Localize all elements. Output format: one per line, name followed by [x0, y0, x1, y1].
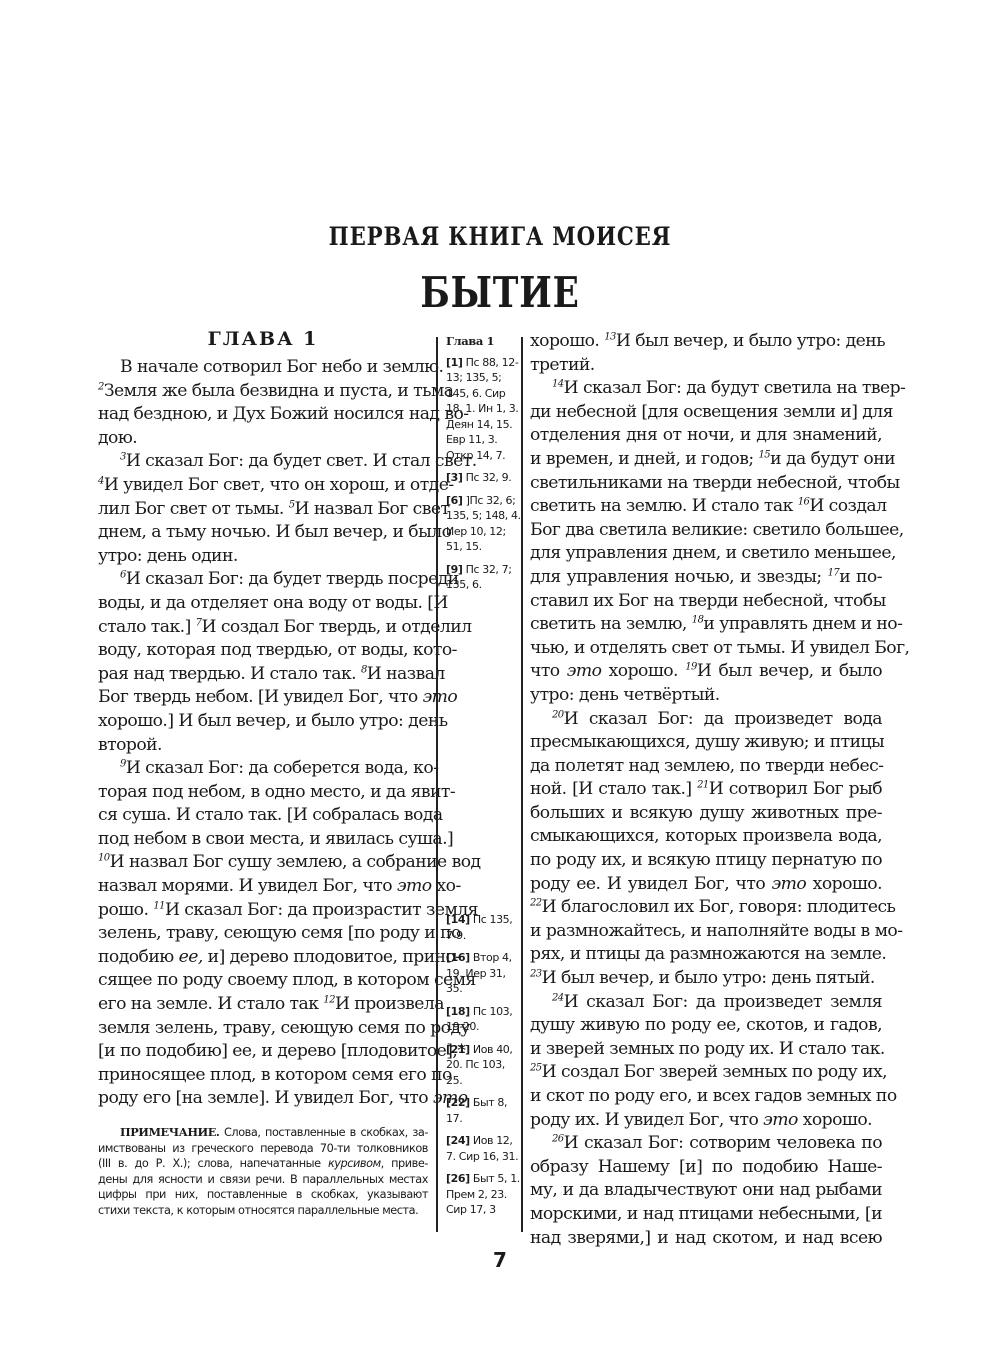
left-text-line: дою.: [98, 427, 428, 451]
left-text-line: ся суша. И стало так. [И собралась вода: [98, 804, 428, 828]
verse-number: 16: [798, 496, 810, 507]
verse-number: 10: [98, 853, 110, 864]
left-text-line: его на земле. И стало так 12И произвела: [98, 993, 428, 1017]
book-page: ПЕРВАЯ КНИГА МОИСЕЯ БЫТИЕ ГЛАВА 1 В нача…: [0, 0, 1000, 1347]
left-text-line: приносящее плод, в котором семя его по: [98, 1064, 428, 1088]
right-text-line: над зверями,] и над скотом, и над всею: [530, 1227, 882, 1251]
left-text-line: воду, которая под твердью, от воды, кото…: [98, 639, 428, 663]
verse-number: 26: [552, 1133, 564, 1144]
right-text-line: 26И сказал Бог: сотворим человека по: [530, 1132, 882, 1156]
left-text-line: днем, а тьму ночью. И был вечер, и было: [98, 521, 428, 545]
left-text-line: В начале сотворил Бог небо и землю.: [98, 356, 428, 380]
right-column-lines: хорошо. 13И был вечер, и было утро: день…: [530, 330, 882, 1250]
left-text-line: зелень, траву, сеющую семя [по роду и по: [98, 922, 428, 946]
right-text-line: образу Нашему [и] по подобию Наше-: [530, 1156, 882, 1180]
verse-number: 25: [530, 1063, 542, 1074]
right-text-line: 14И сказал Бог: да будут светила на твер…: [530, 377, 882, 401]
note-line: стихи текста, к которым относятся паралл…: [98, 1203, 428, 1219]
right-text-line: по роду их, и всякую птицу пернатую по: [530, 849, 882, 873]
left-text-line: хорошо.] И был вечер, и было утро: день: [98, 710, 428, 734]
page-number: 7: [0, 1248, 1000, 1272]
note-line: ПРИМЕЧАНИЕ. Слова, поставленные в скобка…: [98, 1125, 428, 1141]
right-text-column: хорошо. 13И был вечер, и было утро: день…: [530, 330, 882, 1250]
verse-number: 11: [153, 900, 165, 911]
right-text-line: что это хорошо. 19И был вечер, и было: [530, 660, 882, 684]
left-text-line: утро: день один.: [98, 545, 428, 569]
right-text-line: больших и всякую душу животных пре-: [530, 802, 882, 826]
right-text-line: роду их. И увидел Бог, что это хорошо.: [530, 1109, 882, 1133]
cross-reference: [6] ]Пс 32, 6; 135, 5; 148, 4. Иер 10, 1…: [446, 493, 521, 555]
right-text-line: да полетят над землею, по тверди небес-: [530, 755, 882, 779]
right-text-line: душу живую по роду ее, скотов, и гадов,: [530, 1014, 882, 1038]
left-text-line: второй.: [98, 734, 428, 758]
left-text-line: Бог твердь небом. [И увидел Бог, что это: [98, 686, 428, 710]
verse-number: 24: [552, 992, 564, 1003]
left-text-column: ГЛАВА 1 В начале сотворил Бог небо и зем…: [98, 326, 428, 1111]
left-text-line: над бездною, и Дух Божий носился над во-: [98, 403, 428, 427]
note-label: ПРИМЕЧАНИЕ.: [120, 1125, 219, 1139]
verse-number: 18: [692, 614, 704, 625]
book-title: БЫТИЕ: [90, 268, 910, 317]
cross-reference: [21] Иов 40, 20. Пс 103, 25.: [446, 1042, 521, 1089]
left-text-line: рошо. 11И сказал Бог: да произрастит зем…: [98, 899, 428, 923]
verse-number: 23: [530, 968, 542, 979]
left-text-line: сящее по роду своему плод, в котором сем…: [98, 969, 428, 993]
right-text-line: рях, и птицы да размножаются на земле.: [530, 943, 882, 967]
left-text-line: подобию ее, и] дерево плодовитое, прино-: [98, 946, 428, 970]
cross-reference: [9] Пс 32, 7; 135, 6.: [446, 562, 521, 593]
right-text-line: морскими, и над птицами небесными, [и: [530, 1203, 882, 1227]
cross-reference: [18] Пс 103, 19-20.: [446, 1004, 521, 1035]
right-text-line: роду ее. И увидел Бог, что это хорошо.: [530, 873, 882, 897]
right-text-line: Бог два светила великие: светило большее…: [530, 519, 882, 543]
verse-number: 7: [196, 617, 202, 628]
left-text-line: [и по подобию] ее, и дерево [плодовитое]…: [98, 1040, 428, 1064]
verse-number: 9: [120, 758, 126, 769]
left-text-line: 3И сказал Бог: да будет свет. И стал све…: [98, 450, 428, 474]
book-subtitle: ПЕРВАЯ КНИГА МОИСЕЯ: [75, 222, 925, 251]
note-line: имствованы из греческого перевода 70-ти …: [98, 1141, 428, 1157]
note-line: (III в. до Р. Х.); слова, напечатанные к…: [98, 1156, 428, 1172]
cross-reference: [1] Пс 88, 12-13; 135, 5; 145, 6. Сир 18…: [446, 355, 521, 464]
left-text-line: земля зелень, траву, сеющую семя по роду: [98, 1017, 428, 1041]
left-text-line: воды, и да отделяет она воду от воды. [И: [98, 592, 428, 616]
right-text-line: 23И был вечер, и было утро: день пятый.: [530, 967, 882, 991]
left-text-line: 10И назвал Бог сушу землею, а собрание в…: [98, 851, 428, 875]
verse-number: 2: [98, 381, 104, 392]
left-column-lines: В начале сотворил Бог небо и землю.2Земл…: [98, 356, 428, 1111]
verse-number: 21: [697, 780, 709, 791]
right-text-line: чью, и отделять свет от тьмы. И увидел Б…: [530, 637, 882, 661]
verse-number: 12: [323, 994, 335, 1005]
verse-number: 17: [828, 567, 840, 578]
right-text-line: му, и да владычествуют они над рыбами: [530, 1179, 882, 1203]
right-text-line: светить на землю, 18и управлять днем и н…: [530, 613, 882, 637]
right-text-line: для управления ночью, и звезды; 17и по-: [530, 566, 882, 590]
cross-reference: [3] Пс 32, 9.: [446, 470, 521, 486]
right-text-line: 20И сказал Бог: да произведет вода: [530, 708, 882, 732]
right-text-line: утро: день четвёртый.: [530, 684, 882, 708]
left-text-line: лил Бог свет от тьмы. 5И назвал Бог свет: [98, 498, 428, 522]
right-text-line: для управления днем, и светило меньшее,: [530, 542, 882, 566]
left-text-line: 9И сказал Бог: да соберется вода, ко-: [98, 757, 428, 781]
right-text-line: ной. [И стало так.] 21И сотворил Бог рыб: [530, 778, 882, 802]
verse-number: 13: [604, 331, 616, 342]
left-text-line: торая под небом, в одно место, и да явит…: [98, 781, 428, 805]
right-text-line: светить на землю. И стало так 16И создал: [530, 495, 882, 519]
right-text-line: ди небесной [для освещения земли и] для: [530, 401, 882, 425]
verse-number: 6: [120, 570, 126, 581]
footnote: ПРИМЕЧАНИЕ. Слова, поставленные в скобка…: [98, 1125, 428, 1219]
cross-reference: [24] Иов 12, 7. Сир 16, 31.: [446, 1133, 521, 1164]
verse-number: 15: [759, 449, 771, 460]
cross-reference: [22] Быт 8, 17.: [446, 1095, 521, 1126]
chapter-title: ГЛАВА 1: [98, 326, 428, 352]
right-text-line: и зверей земных по роду их. И стало так.: [530, 1038, 882, 1062]
right-text-line: смыкающихся, которых произвела вода,: [530, 825, 882, 849]
left-text-line: 4И увидел Бог свет, что он хорош, и отде…: [98, 474, 428, 498]
note-line: дены для ясности и связи речи. В паралле…: [98, 1172, 428, 1188]
left-text-line: рая над твердью. И стало так. 8И назвал: [98, 663, 428, 687]
right-text-line: ставил их Бог на тверди небесной, чтобы: [530, 590, 882, 614]
left-text-line: назвал морями. И увидел Бог, что это хо-: [98, 875, 428, 899]
right-text-line: третий.: [530, 354, 882, 378]
verse-number: 8: [361, 664, 367, 675]
left-text-line: роду его [на земле]. И увидел Бог, что э…: [98, 1087, 428, 1111]
cross-reference: [14] Пс 135, 7-9.: [446, 912, 521, 943]
verse-number: 19: [685, 662, 697, 673]
left-text-line: 2Земля же была безвидна и пуста, и тьма: [98, 380, 428, 404]
right-text-line: пресмыкающихся, душу живую; и птицы: [530, 731, 882, 755]
right-text-line: 25И создал Бог зверей земных по роду их,: [530, 1061, 882, 1085]
note-line: цифры при них, поставленные в скобках, у…: [98, 1187, 428, 1203]
references-chapter-title: Глава 1: [446, 334, 521, 350]
right-text-line: хорошо. 13И был вечер, и было утро: день: [530, 330, 882, 354]
right-text-line: отделения дня от ночи, и для знамений,: [530, 424, 882, 448]
cross-references-top: Глава 1 [1] Пс 88, 12-13; 135, 5; 145, 6…: [446, 334, 521, 600]
right-text-line: 22И благословил их Бог, говоря: плодитес…: [530, 896, 882, 920]
verse-number: 14: [552, 378, 564, 389]
column-divider-left: [436, 337, 438, 1232]
verse-number: 20: [552, 709, 564, 720]
right-text-line: светильниками на тверди небесной, чтобы: [530, 472, 882, 496]
verse-number: 4: [98, 475, 104, 486]
left-text-line: стало так.] 7И создал Бог твердь, и отде…: [98, 616, 428, 640]
column-divider-right: [521, 337, 523, 1232]
right-text-line: и времен, и дней, и годов; 15и да будут …: [530, 448, 882, 472]
left-text-line: 6И сказал Бог: да будет твердь посреди: [98, 568, 428, 592]
right-text-line: 24И сказал Бог: да произведет земля: [530, 991, 882, 1015]
verse-number: 22: [530, 898, 542, 909]
cross-reference: [26] Быт 5, 1. Прем 2, 23. Сир 17, 3: [446, 1171, 521, 1218]
cross-references-bottom: [14] Пс 135, 7-9.[16] Втор 4, 19. Иер 31…: [446, 912, 521, 1225]
verse-number: 5: [289, 499, 295, 510]
left-text-line: под небом в свои места, и явилась суша.]: [98, 828, 428, 852]
cross-reference: [16] Втор 4, 19. Иер 31, 35.: [446, 950, 521, 997]
right-text-line: и размножайтесь, и наполняйте воды в мо-: [530, 920, 882, 944]
right-text-line: и скот по роду его, и всех гадов земных …: [530, 1085, 882, 1109]
verse-number: 3: [120, 452, 126, 463]
